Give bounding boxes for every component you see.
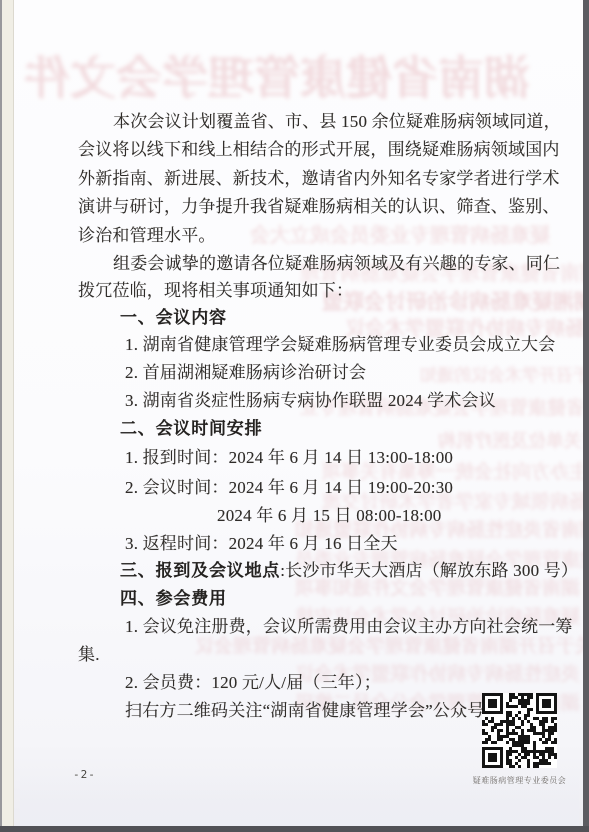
- text-line: 3. 湖南省炎症性肠病专病协作联盟 2024 学术会议: [125, 386, 496, 411]
- text-line: 一、会议内容: [120, 303, 227, 328]
- text-line: 会议将以线下和线上相结合的形式开展，围绕疑难肠病领域国内: [78, 135, 560, 160]
- text-line: 2. 会员费：120 元/人/届（三年）；: [125, 668, 381, 693]
- text-line: 扫右方二维码关注“湖南省健康管理学会”公众号: [125, 696, 485, 721]
- scan-edge-right: [583, 0, 589, 832]
- text-line: 演讲与研讨，力争提升我省疑难肠病相关的认识、筛查、鉴别、: [78, 192, 560, 217]
- text-line: 组委会诚挚的邀请各位疑难肠病领域及有兴趣的专家、同仁: [113, 249, 560, 274]
- text-line: 2. 首届湖湘疑难肠病诊治研讨会: [125, 358, 366, 383]
- text-line: 集.: [78, 640, 100, 665]
- text-line: 3. 返程时间：2024 年 6 月 16 日全天: [125, 529, 398, 554]
- text-line: 本次会议计划覆盖省、市、县 150 余位疑难肠病领域同道，: [113, 107, 561, 132]
- text-line: 四、参会费用: [120, 584, 227, 609]
- text-line: 2. 会议时间：2024 年 6 月 14 日 19:00-20:30: [125, 473, 453, 498]
- scan-edge-bottom: [0, 826, 589, 832]
- scan-edge-left-inner: [2, 0, 14, 826]
- text-line: 2024 年 6 月 15 日 08:00-18:00: [217, 501, 442, 526]
- qr-code: [482, 693, 557, 768]
- text-line: 1. 报到时间：2024 年 6 月 14 日 13:00-18:00: [125, 443, 453, 468]
- text-line: 1. 会议免注册费，会议所需费用由会议主办方向社会统一筹: [125, 612, 573, 637]
- text-line: 外新指南、新进展、新技术，邀请省内外知名专家学者进行学术: [78, 164, 560, 189]
- text-line: 三、报到及会议地点:长沙市华天大酒店（解放东路 300 号）: [120, 556, 578, 581]
- document-scan: 湖南省健康管理学会文件 疑难肠病管理专业委员会成立大会湖南省健康管理学会疑难肠病…: [0, 0, 589, 832]
- qr-caption: 疑难肠病管理专业委员会: [462, 775, 577, 786]
- text-line: 诊治和管理水平。: [78, 221, 216, 246]
- page-number: -2-: [73, 768, 96, 781]
- text-line: 二、会议时间安排: [120, 414, 262, 439]
- text-line: 拨冗莅临，现将相关事项通知如下：: [78, 276, 353, 301]
- text-line: 1. 湖南省健康管理学会疑难肠病管理专业委员会成立大会: [125, 330, 555, 355]
